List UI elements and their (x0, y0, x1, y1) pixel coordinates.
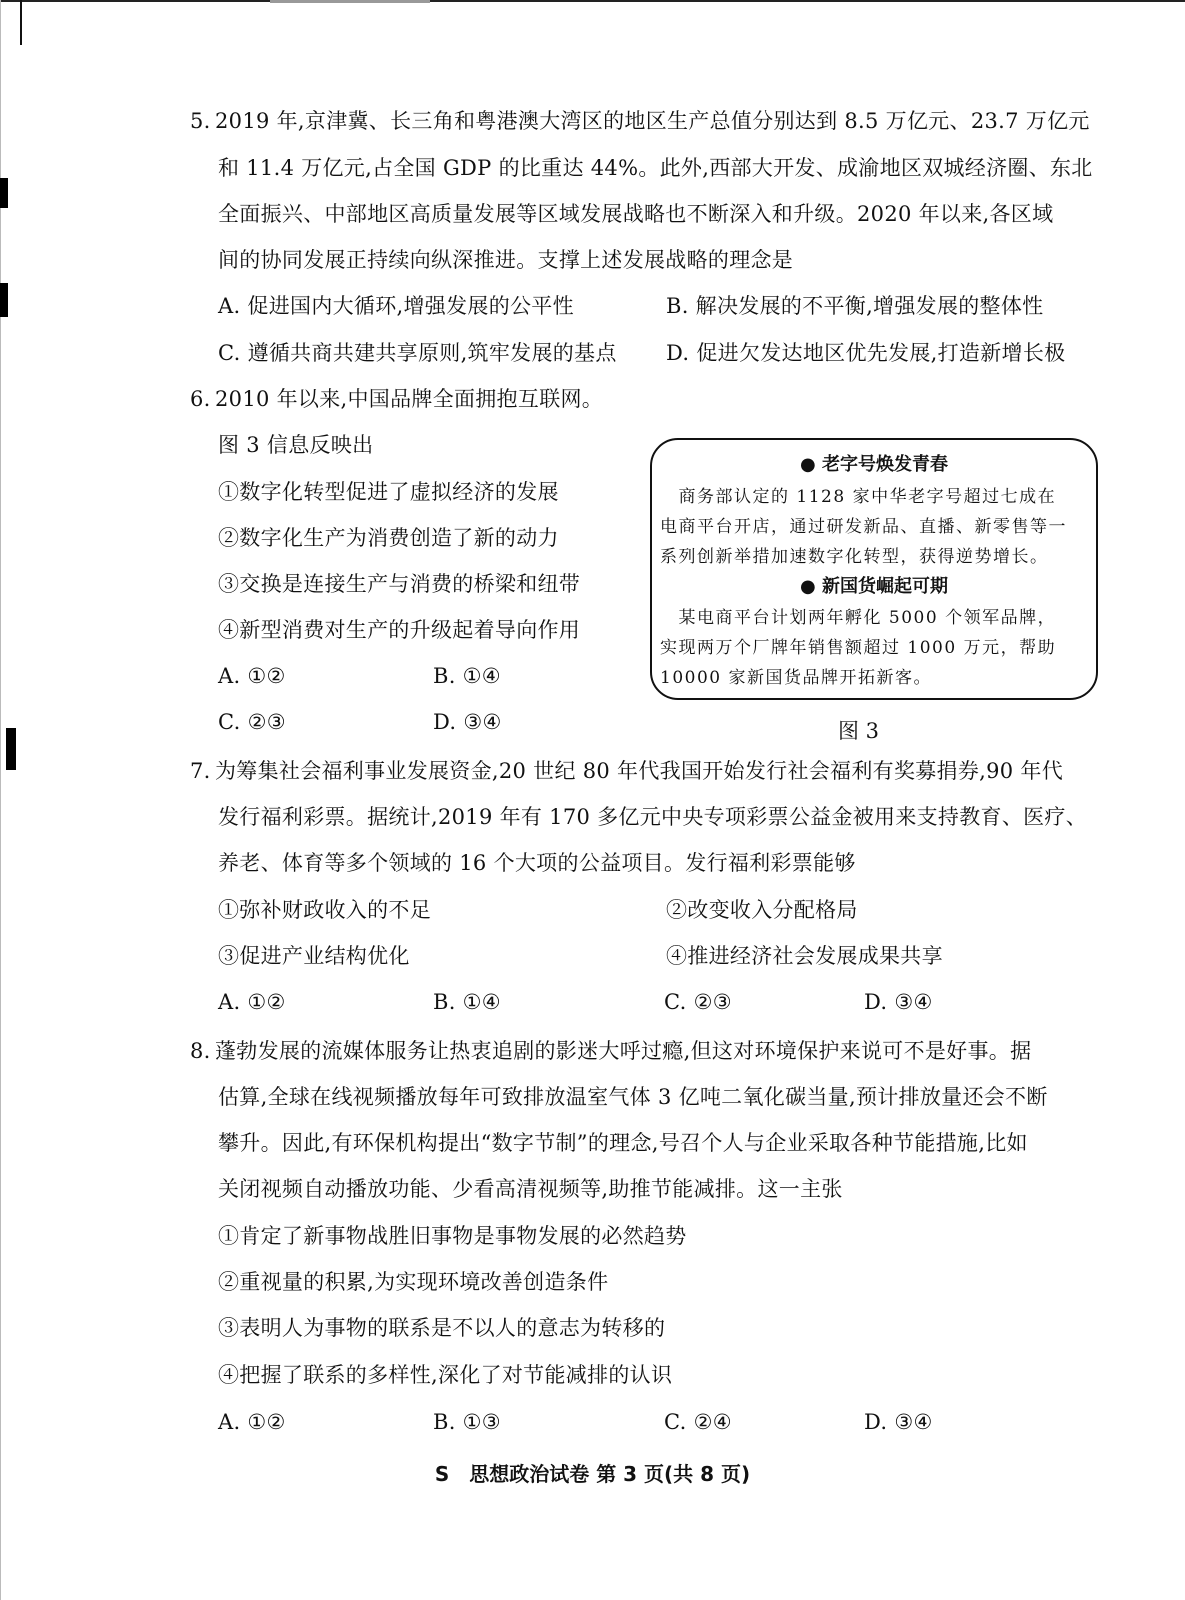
option-d[interactable]: D. ③④ (433, 708, 502, 736)
question-number: 8. (190, 1037, 211, 1065)
question-stem-line: 为筹集社会福利事业发展资金,20 世纪 80 年代我国开始发行社会福利有奖募捐券… (215, 757, 1063, 785)
figure-caption: 图 3 (838, 715, 879, 745)
statement-4: ④新型消费对生产的升级起着导向作用 (218, 616, 580, 644)
option-a[interactable]: A. 促进国内大循环,增强发展的公平性 (218, 292, 574, 320)
question-stem-line: 估算,全球在线视频播放每年可致排放温室气体 3 亿吨二氧化碳当量,预计排放量还会… (218, 1083, 1048, 1111)
option-c[interactable]: C. 遵循共商共建共享原则,筑牢发展的基点 (218, 339, 617, 367)
statement-2: ②重视量的积累,为实现环境改善创造条件 (218, 1268, 608, 1296)
binding-mark (0, 283, 8, 317)
scan-left-edge (0, 0, 1, 1600)
crop-mark (20, 0, 22, 45)
question-stem-line: 2010 年以来,中国品牌全面拥抱互联网。 (215, 385, 603, 413)
figure-text-line: 10000 家新国货品牌开拓新客。 (660, 663, 932, 688)
statement-3: ③促进产业结构优化 (218, 942, 410, 970)
statement-4: ④推进经济社会发展成果共享 (666, 942, 943, 970)
scan-artifact (270, 0, 430, 3)
question-stem-line: 蓬勃发展的流媒体服务让热衷追剧的影迷大呼过瘾,但这对环境保护来说可不是好事。据 (215, 1037, 1031, 1065)
figure-section-heading: ● 老字号焕发青春 (652, 450, 1096, 476)
statement-3: ③交换是连接生产与消费的桥梁和纽带 (218, 570, 580, 598)
question-stem-line: 间的协同发展正持续向纵深推进。支撑上述发展战略的理念是 (218, 246, 793, 274)
figure-text-line: 系列创新举措加速数字化转型，获得逆势增长。 (660, 542, 1049, 567)
question-stem-line: 攀升。因此,有环保机构提出“数字节制”的理念,号召个人与企业采取各种节能措施,比… (218, 1129, 1028, 1157)
option-b[interactable]: B. ①④ (433, 662, 501, 690)
figure-text-line: 某电商平台计划两年孵化 5000 个领军品牌， (660, 603, 1056, 628)
question-stem-line: 关闭视频自动播放功能、少看高清视频等,助推节能减排。这一主张 (218, 1175, 843, 1203)
statement-1: ①弥补财政收入的不足 (218, 896, 431, 924)
option-b[interactable]: B. ①③ (433, 1408, 501, 1436)
figure-text-line: 商务部认定的 1128 家中华老字号超过七成在 (660, 482, 1056, 507)
option-b[interactable]: B. 解决发展的不平衡,增强发展的整体性 (666, 292, 1043, 320)
statement-2: ②改变收入分配格局 (666, 896, 858, 924)
figure-text-line: 电商平台开店，通过研发新品、直播、新零售等一 (660, 512, 1067, 537)
question-stem-line: 发行福利彩票。据统计,2019 年有 170 多亿元中央专项彩票公益金被用来支持… (218, 803, 1087, 831)
figure-3-box: ● 老字号焕发青春 商务部认定的 1128 家中华老字号超过七成在 电商平台开店… (650, 438, 1098, 700)
question-number: 5. (190, 107, 211, 135)
question-stem-line: 全面振兴、中部地区高质量发展等区域发展战略也不断深入和升级。2020 年以来,各… (218, 200, 1053, 228)
figure-section-heading: ● 新国货崛起可期 (652, 572, 1096, 598)
statement-1: ①数字化转型促进了虚拟经济的发展 (218, 478, 559, 506)
figure-text-line: 实现两万个厂牌年销售额超过 1000 万元，帮助 (660, 633, 1056, 658)
question-number: 7. (190, 757, 211, 785)
page-footer: S 思想政治试卷 第 3 页(共 8 页) (0, 1458, 1185, 1487)
statement-2: ②数字化生产为消费创造了新的动力 (218, 524, 559, 552)
option-a[interactable]: A. ①② (218, 988, 286, 1016)
statement-1: ①肯定了新事物战胜旧事物是事物发展的必然趋势 (218, 1222, 687, 1250)
scan-top-border (0, 0, 1185, 2)
option-d[interactable]: D. 促进欠发达地区优先发展,打造新增长极 (666, 339, 1065, 367)
option-a[interactable]: A. ①② (218, 1408, 286, 1436)
question-stem-line: 养老、体育等多个领域的 16 个大项的公益项目。发行福利彩票能够 (218, 849, 856, 877)
option-c[interactable]: C. ②④ (664, 1408, 732, 1436)
option-b[interactable]: B. ①④ (433, 988, 501, 1016)
statement-4: ④把握了联系的多样性,深化了对节能减排的认识 (218, 1361, 672, 1389)
binding-mark (0, 178, 8, 208)
statement-3: ③表明人为事物的联系是不以人的意志为转移的 (218, 1314, 665, 1342)
binding-mark (6, 728, 16, 770)
question-stem-line: 和 11.4 万亿元,占全国 GDP 的比重达 44%。此外,西部大开发、成渝地… (218, 154, 1093, 182)
question-stem-line: 2019 年,京津冀、长三角和粤港澳大湾区的地区生产总值分别达到 8.5 万亿元… (215, 107, 1090, 135)
option-c[interactable]: C. ②③ (664, 988, 732, 1016)
option-d[interactable]: D. ③④ (864, 988, 933, 1016)
option-a[interactable]: A. ①② (218, 662, 286, 690)
question-number: 6. (190, 385, 211, 413)
question-stem-line: 图 3 信息反映出 (218, 431, 373, 459)
option-c[interactable]: C. ②③ (218, 708, 286, 736)
option-d[interactable]: D. ③④ (864, 1408, 933, 1436)
